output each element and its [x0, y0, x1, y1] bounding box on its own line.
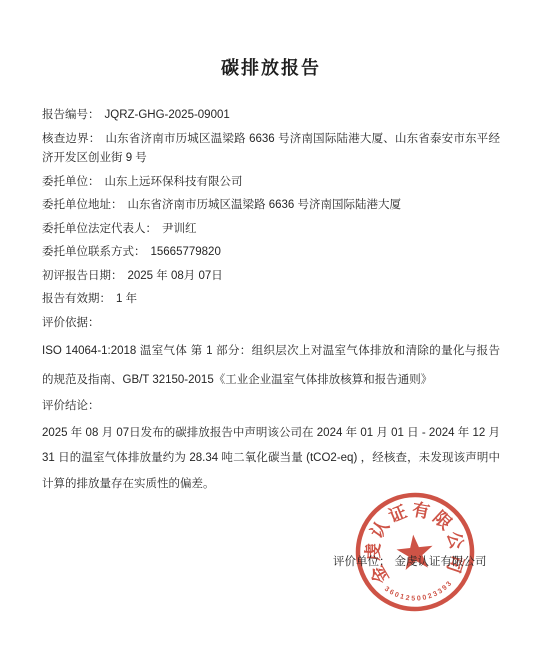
field-legal-representative: 委托单位法定代表人：尹训红 — [42, 220, 500, 240]
field-value: 山东上远环保科技有限公司 — [105, 176, 243, 188]
conclusion-heading: 评价结论： — [42, 397, 500, 417]
basis-heading: 评价依据： — [42, 314, 500, 334]
field-label: 评价单位： — [333, 556, 391, 568]
field-label: 委托单位： — [42, 176, 100, 188]
page-title: 碳排放报告 — [42, 56, 500, 81]
field-label: 委托单位法定代表人： — [42, 223, 157, 235]
field-client-address: 委托单位地址：山东省济南市历城区温梁路 6636 号济南国际陆港大厦 — [42, 196, 500, 216]
field-label: 评价结论： — [42, 400, 100, 412]
field-label: 委托单位地址： — [42, 199, 123, 211]
field-label: 核查边界： — [42, 133, 100, 145]
conclusion-paragraph: 2025 年 08 月 07日发布的碳排放报告中声明该公司在 2024 年 01… — [42, 421, 500, 498]
report-page: 碳排放报告 报告编号：JQRZ-GHG-2025-09001 核查边界：山东省济… — [0, 0, 538, 652]
field-label: 报告编号： — [42, 109, 100, 121]
field-label: 报告有效期： — [42, 293, 111, 305]
field-value: 15665779820 — [151, 246, 221, 258]
field-validity-period: 报告有效期：1 年 — [42, 290, 500, 310]
company-seal-graphic: 金虔认证有限公司 3601250023393 — [350, 487, 480, 617]
field-value: 1 年 — [116, 293, 137, 305]
report-content: 碳排放报告 报告编号：JQRZ-GHG-2025-09001 核查边界：山东省济… — [42, 0, 500, 497]
field-label: 评价依据： — [42, 317, 100, 329]
field-client-name: 委托单位：山东上远环保科技有限公司 — [42, 173, 500, 193]
field-verification-boundary: 核查边界：山东省济南市历城区温梁路 6636 号济南国际陆港大厦、山东省泰安市东… — [42, 130, 500, 169]
field-value: 金虔认证有限公司 — [395, 556, 487, 568]
field-value: 山东省济南市历城区温梁路 6636 号济南国际陆港大厦、山东省泰安市东平经济开发… — [42, 133, 500, 165]
company-seal: 金虔认证有限公司 3601250023393 — [350, 487, 480, 617]
field-value: 山东省济南市历城区温梁路 6636 号济南国际陆港大厦 — [128, 199, 401, 211]
field-initial-report-date: 初评报告日期：2025 年 08月 07日 — [42, 267, 500, 287]
field-value: 2025 年 08月 07日 — [128, 270, 223, 282]
field-label: 初评报告日期： — [42, 270, 123, 282]
evaluating-organization-line: 评价单位：金虔认证有限公司 — [333, 555, 487, 569]
field-contact-phone: 委托单位联系方式：15665779820 — [42, 243, 500, 263]
field-value: JQRZ-GHG-2025-09001 — [105, 109, 230, 121]
field-label: 委托单位联系方式： — [42, 246, 146, 258]
field-report-number: 报告编号：JQRZ-GHG-2025-09001 — [42, 106, 500, 126]
field-value: 尹训红 — [162, 223, 197, 235]
basis-paragraph: ISO 14064-1:2018 温室气体 第 1 部分：组织层次上对温室气体排… — [42, 337, 500, 394]
